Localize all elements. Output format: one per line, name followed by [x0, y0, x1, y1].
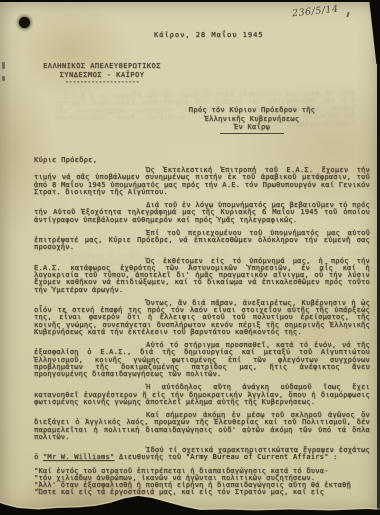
body-paragraph: Διά τοῦ ἐν λόγῳ ὑπομνήματός μας βεβαιοῦμ… — [34, 202, 370, 224]
body-paragraph: Αὐτό τό στήριγμα προσπαθεῖ, κατά τό ἐνόν… — [34, 342, 370, 378]
addressee-line1: Πρός τόν Κύριον Πρόεδρον τῆς — [168, 106, 336, 115]
letter-body: Ὡς Ἐκτελεστική Ἐπιτροπή τοῦ Ε.Α.Σ. ἔχομε… — [34, 167, 370, 497]
photo-top-edge — [0, 0, 380, 2]
letterhead-divider: -------------------- — [32, 79, 172, 85]
letterhead: ΕΛΛΗΝΙΚΟΣ ΑΠΕΛΕΥΘΕΡΩΤΙΚΟΣ ΣΥΝΔΕΣΜΟΣ - ΚΑ… — [32, 62, 172, 85]
body-paragraph: Καί σήμερον ἀκόμη ἐν μέσῳ τοῦ σκληροῦ ἀγ… — [34, 412, 370, 441]
body-paragraph: Ὄντως, ἄν διά πᾶσαν, ἀνεξαιρέτως, Κυβέρν… — [34, 300, 370, 336]
punch-hole — [19, 17, 30, 28]
quote-intro-title: Διευθυντής τοῦ — [119, 453, 182, 461]
addressee-line2: Ἑλληνικῆς Κυβερνήσεως — [168, 115, 336, 124]
salutation: Κύριε Πρόεδρε, — [34, 156, 97, 164]
staple-mark — [2, 76, 5, 81]
body-paragraph: Ὡς ἐκθέτομεν εἰς τό ὑπόμνημά μας, ἡ πρός… — [34, 258, 370, 294]
staple-mark — [2, 62, 5, 69]
quoted-person-name: "Mr W. Williams" — [43, 453, 114, 461]
body-paragraph-quote-intro: Ἰδού τί σχετικά χαρακτηριστικώτατα ἔγραψ… — [34, 447, 370, 462]
quote-intro-colon: : — [333, 453, 337, 461]
body-paragraph: Ἐπί τοῦ περιεχομένου τοῦ ὑπομνήματός μας… — [34, 230, 370, 252]
document-photo: Αὐτό τό στήριγμα προσπαθεῖ, κατά τό ἐνόν… — [0, 0, 380, 515]
addressee-city: Ἐν Καΐρῳ — [220, 123, 284, 134]
body-paragraph: Ἡ αὐτόδηλος αὕτη ἀνάγκη οὐδαμοῦ ἴσως ἔχε… — [34, 384, 370, 406]
torn-bottom-edge — [0, 485, 380, 515]
letterhead-line1: ΕΛΛΗΝΙΚΟΣ ΑΠΕΛΕΥΘΕΡΩΤΙΚΟΣ — [32, 62, 172, 71]
dateline: Κάϊρον, 28 Μαΐου 1945 — [154, 31, 264, 39]
quoted-organization: "Army Bureau of Current Affairs" — [186, 453, 329, 461]
addressee-block: Πρός τόν Κύριον Πρόεδρον τῆς Ἑλληνικῆς Κ… — [168, 106, 336, 134]
body-paragraph: Ὡς Ἐκτελεστική Ἐπιτροπή τοῦ Ε.Α.Σ. ἔχομε… — [34, 167, 370, 196]
